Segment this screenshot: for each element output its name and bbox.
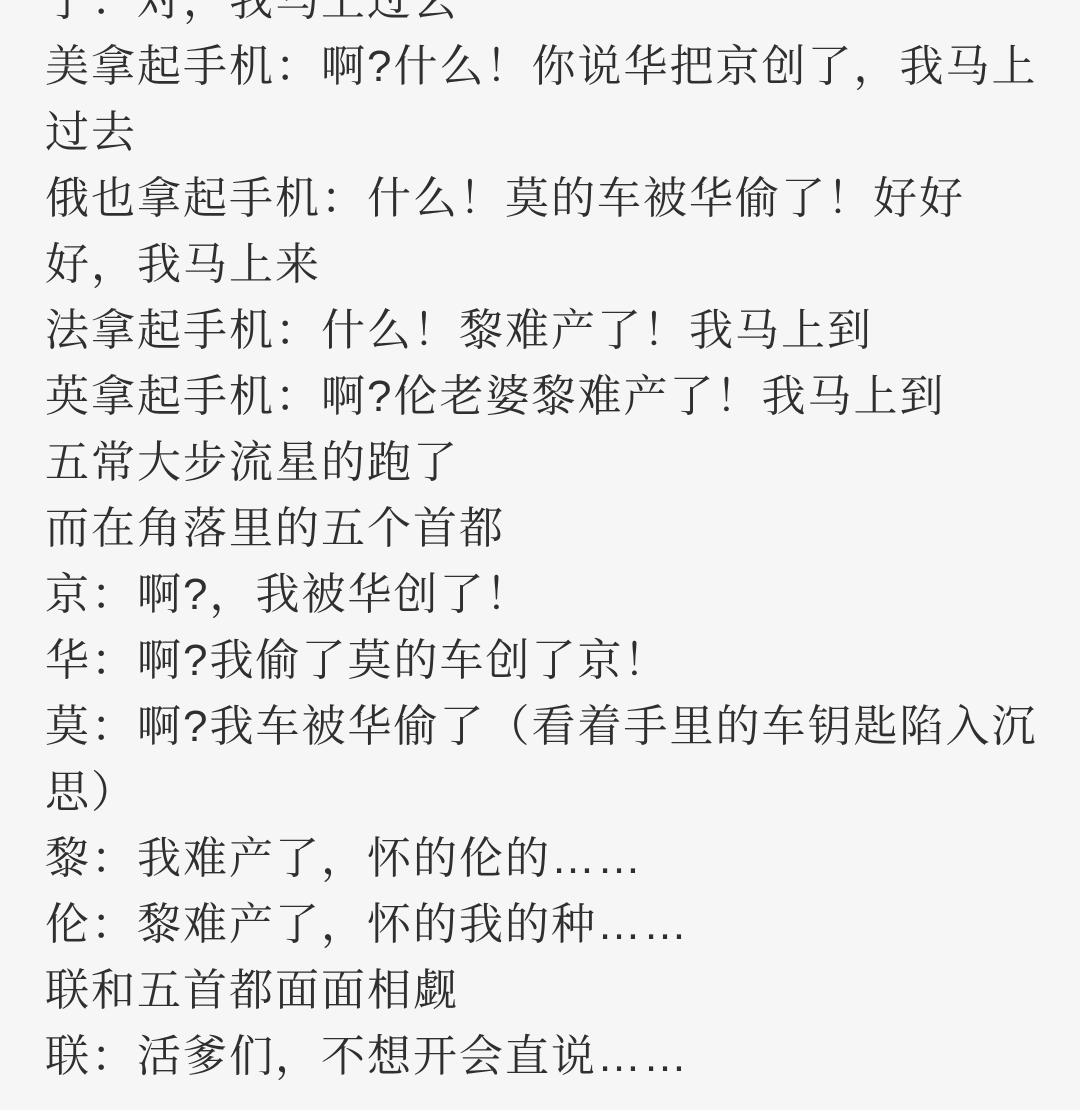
story-text-block: 了：对，我马上过去 美拿起手机：啊?什么！你说华把京创了，我马上 过去 俄也拿起… (0, 0, 1080, 1090)
text-line: 联：活爹们，不想开会直说…… (45, 1024, 1070, 1090)
text-line: 黎：我难产了，怀的伦的…… (45, 826, 1070, 892)
text-line: 好，我马上来 (45, 232, 1070, 298)
text-line: 俄也拿起手机：什么！莫的车被华偷了！好好 (45, 166, 1070, 232)
text-line: 过去 (45, 100, 1070, 166)
text-line: 法拿起手机：什么！黎难产了！我马上到 (45, 298, 1070, 364)
text-line: 思） (45, 760, 1070, 826)
text-line: 联和五首都面面相觑 (45, 958, 1070, 1024)
text-line: 而在角落里的五个首都 (45, 496, 1070, 562)
text-line: 五常大步流星的跑了 (45, 430, 1070, 496)
text-line: 华：啊?我偷了莫的车创了京！ (45, 628, 1070, 694)
text-line: 莫：啊?我车被华偷了（看着手里的车钥匙陷入沉 (45, 694, 1070, 760)
text-line: 伦：黎难产了，怀的我的种…… (45, 892, 1070, 958)
text-line: 美拿起手机：啊?什么！你说华把京创了，我马上 (45, 34, 1070, 100)
text-line-clipped: 了：对，我马上过去 (45, 0, 1070, 34)
text-line: 京：啊?，我被华创了！ (45, 562, 1070, 628)
text-line: 英拿起手机：啊?伦老婆黎难产了！我马上到 (45, 364, 1070, 430)
